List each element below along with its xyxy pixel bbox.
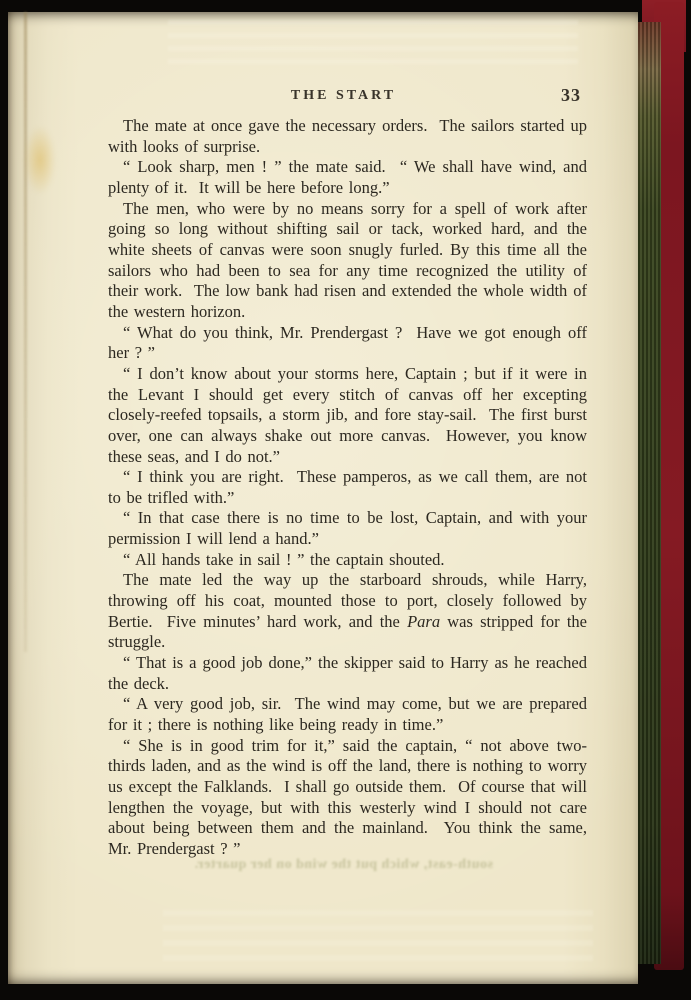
text-segment: “ In that case there is no time to be lo…	[108, 508, 593, 548]
text-segment: “ All hands take in sail ! ” the captain…	[123, 550, 445, 569]
text-segment: “ That is a good job done,” the skipper …	[108, 653, 593, 693]
text-segment: The men, who were by no means sorry for …	[108, 199, 593, 321]
scanned-book-photo: THE START 33 The mate at once gave the n…	[0, 0, 691, 1000]
paragraph: “ In that case there is no time to be lo…	[108, 508, 587, 549]
paragraph: “ I don’t know about your storms here, C…	[108, 364, 587, 467]
paragraph: “ What do you think, Mr. Prendergast ? H…	[108, 323, 587, 364]
text-segment: “ I think you are right. These pamperos,…	[108, 467, 593, 507]
scan-streaks-top	[168, 20, 578, 68]
ship-name-italic: Para	[407, 612, 440, 631]
running-title: THE START	[100, 88, 587, 104]
paragraph: The mate at once gave the necessary orde…	[108, 116, 587, 157]
text-segment: The mate at once gave the necessary orde…	[108, 116, 593, 156]
paragraph: “ A very good job, sir. The wind may com…	[108, 694, 587, 735]
paragraph: “ All hands take in sail ! ” the captain…	[108, 550, 587, 571]
running-head: THE START 33	[100, 88, 587, 110]
text-segment: “ She is in good trim for it,” said the …	[108, 736, 593, 858]
paragraph: “ I think you are right. These pamperos,…	[108, 467, 587, 508]
book-page: THE START 33 The mate at once gave the n…	[8, 12, 638, 984]
paragraph: “ Look sharp, men ! ” the mate said. “ W…	[108, 157, 587, 198]
text-segment: “ A very good job, sir. The wind may com…	[108, 694, 593, 734]
text-segment: “ What do you think, Mr. Prendergast ? H…	[108, 323, 593, 363]
paragraph: “ She is in good trim for it,” said the …	[108, 736, 587, 860]
text-segment: “ Look sharp, men ! ” the mate said. “ W…	[108, 157, 593, 197]
page-stain	[18, 112, 62, 208]
text-segment: “ I don’t know about your storms here, C…	[108, 364, 593, 466]
page-block-edge-green	[634, 22, 661, 964]
scan-streaks-bottom	[163, 910, 593, 966]
text-block: The mate at once gave the necessary orde…	[108, 116, 587, 860]
bleed-through-text: south-east, which put the wind on her qu…	[193, 857, 493, 873]
paragraph: The mate led the way up the starboard sh…	[108, 570, 587, 653]
paragraph: The men, who were by no means sorry for …	[108, 199, 587, 323]
page-crease	[24, 12, 27, 652]
page-number: 33	[561, 85, 581, 106]
paragraph: “ That is a good job done,” the skipper …	[108, 653, 587, 694]
